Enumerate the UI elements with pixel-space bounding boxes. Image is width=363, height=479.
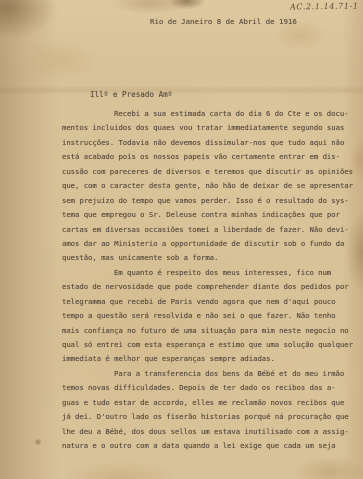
letter-line: cartas em diversas occasiões tomei a lib… [62,223,358,237]
letter-line: guas e tudo estar de accordo, elles me r… [62,396,358,410]
letter-line: immediata é melhor que esperanças sempre… [62,352,358,366]
archival-number-annotation: AC.2.1.14.71-1 [290,2,359,12]
letter-line: sem prejuizo do tempo que vamos perder. … [62,194,358,208]
letter-line: mentos incluidos dos quaes vou tratar im… [62,121,358,135]
letter-line: telegramma que recebi de Paris vendo ago… [62,295,358,309]
letter-line: Para a transferencia dos bens da Bébé et… [62,367,358,381]
letter-line: qual só entrei com esta esperança e esti… [62,338,358,352]
letter-line: que, com o caracter desta gente, não hão… [62,179,358,193]
letter-line: está acabado pois os nossos papeis vão c… [62,150,358,164]
letter-line: Recebi a sua estimada carta do dia 6 do … [62,107,358,121]
scanned-letter-page: AC.2.1.14.71-1 Rio de Janeiro 8 de Abril… [0,0,363,479]
dateline: Rio de Janeiro 8 de Abril de 1916 [150,17,297,26]
letter-line: estado de nervosidade que pode comprehen… [62,280,358,294]
letter-line: questão, mas unicamente sob a forma. [62,251,358,265]
letter-line: já dei. D'outro lado os fiserão historia… [62,410,358,424]
letter-line: instrucções. Todavia não devemos dissimu… [62,136,358,150]
letter-line: tempo a questão será resolvida e não sei… [62,309,358,323]
letter-line: cussão com pareceres de diversos e terem… [62,165,358,179]
letter-line: Em quanto é respeito dos meus interesses… [62,266,358,280]
letter-line: natura e o outro com a data quando a lei… [62,439,358,453]
letter-line: lhe deu a Bébé, dos dous sellos um estav… [62,425,358,439]
salutation: Illº e Presado Amº [90,90,172,99]
letter-line: amos dar ao Ministerio a opportunidade d… [62,237,358,251]
letter-body: Recebi a sua estimada carta do dia 6 do … [62,107,358,454]
letter-line: tema que empregou o Sr. Deleuse contra m… [62,208,358,222]
letter-line: temos novas difficuldades. Depois de ter… [62,381,358,395]
letter-line: mais confiança no futuro de uma situação… [62,324,358,338]
